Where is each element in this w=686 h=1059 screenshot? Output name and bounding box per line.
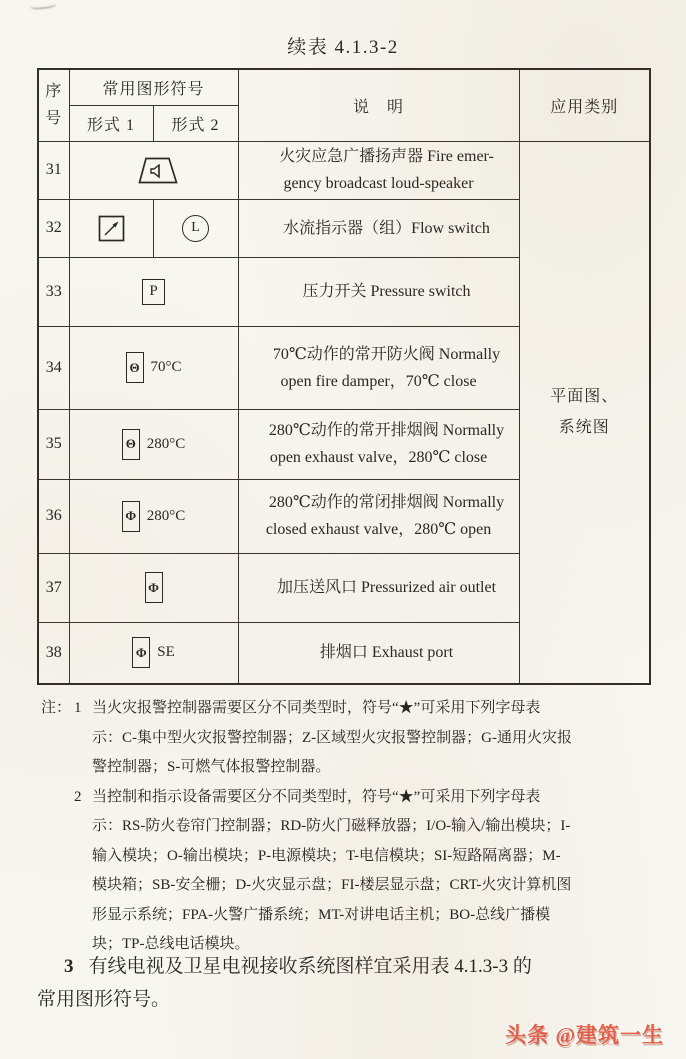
serial-header-cell: 序号: [38, 69, 69, 141]
note-number: 1: [74, 694, 92, 724]
row-number-cell: 33: [38, 257, 69, 326]
description-cell: 280℃动作的常闭排烟阀 Normally closed exhaust val…: [238, 479, 519, 553]
row-number-cell: 38: [38, 622, 69, 684]
document-page: 续表 4.1.3-2 序号 常用图形符号 说 明 应用类别 形式 1 形式 2 …: [0, 0, 686, 1059]
symbol-cell: P: [69, 257, 238, 326]
flow-arrow-square-icon: [70, 215, 153, 242]
symbol-header-cell: 常用图形符号: [69, 69, 238, 105]
symbol-cell: [69, 141, 238, 199]
symbol-cell: Φ 280°C: [69, 479, 238, 553]
symbol-cell: Θ 70°C: [69, 326, 238, 409]
circle-l-icon: L: [182, 215, 209, 242]
symbol-label: 70°C: [151, 359, 182, 376]
note-mark-spacer: [41, 783, 74, 813]
note-number: 2: [74, 783, 92, 813]
description-line: 加压送风口 Pressurized air outlet: [239, 574, 519, 601]
description-cell: 压力开关 Pressure switch: [238, 257, 519, 326]
watermark: 头条 @建筑一生: [505, 1019, 664, 1049]
row-number-cell: 36: [38, 479, 69, 553]
description-cell: 排烟口 Exhaust port: [238, 622, 519, 684]
symbol-cell: Φ: [69, 553, 238, 622]
symbol-label: SE: [157, 644, 175, 661]
note-line: 警控制器；S-可燃气体报警控制器。: [92, 753, 641, 783]
theta-valve-icon: Θ: [126, 352, 144, 383]
paragraph-line: 有线电视及卫星电视接收系统图样宜采用表 4.1.3-3 的: [89, 956, 532, 977]
note-line: 当火灾报警控制器需要区分不同类型时，符号“★”可采用下列字母表: [92, 694, 641, 724]
paragraph-number: 3: [64, 956, 74, 977]
symbol-cell: Φ SE: [69, 622, 238, 684]
phi-valve-icon: Φ: [132, 637, 150, 668]
description-cell: 加压送风口 Pressurized air outlet: [238, 553, 519, 622]
description-cell: 火灾应急广播扬声器 Fire emer- gency broadcast lou…: [238, 141, 519, 199]
description-cell: 70℃动作的常开防火阀 Normally open fire damper，70…: [238, 326, 519, 409]
description-cell: 水流指示器（组）Flow switch: [238, 199, 519, 257]
row-number-cell: 32: [38, 199, 69, 257]
note-line: 当控制和指示设备需要区分不同类型时，符号“★”可采用下列字母表: [92, 783, 641, 813]
paragraph-line: 常用图形符号。: [37, 983, 653, 1016]
description-line: closed exhaust valve，280℃ open: [239, 516, 519, 543]
row-number-cell: 34: [38, 326, 69, 409]
category-cell: 平面图、 系统图: [519, 141, 650, 684]
notes-section: 注： 1 当火灾报警控制器需要区分不同类型时，符号“★”可采用下列字母表 示：C…: [41, 694, 641, 960]
phi-valve-icon: Φ: [122, 501, 140, 532]
description-line: open fire damper，70℃ close: [239, 368, 519, 395]
symbol-form1-cell: [69, 199, 153, 257]
symbol-table: 序号 常用图形符号 说 明 应用类别 形式 1 形式 2 31: [37, 68, 651, 685]
category-line: 系统图: [520, 412, 650, 443]
symbol-label: 280°C: [147, 436, 186, 453]
description-line: 火灾应急广播扬声器 Fire emer-: [239, 143, 519, 170]
note-line: 形显示系统；FPA-火警广播系统；MT-对讲电话主机；BO-总线广播模: [92, 901, 641, 931]
note-line: 示：C-集中型火灾报警控制器；Z-区域型火灾报警控制器；G-通用火灾报: [92, 724, 641, 754]
description-line: 280℃动作的常开排烟阀 Normally: [239, 417, 519, 444]
description-line: 水流指示器（组）Flow switch: [239, 215, 519, 242]
description-line: 280℃动作的常闭排烟阀 Normally: [239, 489, 519, 516]
scan-artifact: [30, 0, 57, 10]
speaker-trapezoid-icon: [70, 156, 238, 185]
note-line: 输入模块；O-输出模块；P-电源模块；T-电信模块；SI-短路隔离器；M-: [92, 842, 641, 872]
form1-header-cell: 形式 1: [69, 105, 153, 141]
note-line: 模块箱；SB-安全栅；D-火灾显示盘；FI-楼层显示盘；CRT-火灾计算机图: [92, 871, 641, 901]
note-mark: 注：: [41, 694, 74, 724]
description-line: gency broadcast loud-speaker: [239, 170, 519, 197]
form2-header-cell: 形式 2: [153, 105, 238, 141]
symbol-cell: Θ 280°C: [69, 409, 238, 479]
row-number-cell: 37: [38, 553, 69, 622]
pressure-switch-icon: P: [142, 279, 165, 305]
description-line: 压力开关 Pressure switch: [239, 278, 519, 305]
table-title: 续表 4.1.3-2: [37, 32, 649, 59]
table-row: 31 火灾应急广播扬声器 Fire emer- gency broadcast …: [38, 141, 650, 199]
description-line: open exhaust valve，280℃ close: [239, 444, 519, 471]
row-number-cell: 35: [38, 409, 69, 479]
description-line: 排烟口 Exhaust port: [239, 639, 519, 666]
phi-valve-icon: Φ: [145, 572, 163, 603]
note-item-2: 2 当控制和指示设备需要区分不同类型时，符号“★”可采用下列字母表 示：RS-防…: [41, 783, 641, 960]
description-header-cell: 说 明: [238, 69, 519, 141]
row-number-cell: 31: [38, 141, 69, 199]
category-line: 平面图、: [520, 381, 650, 412]
category-header-cell: 应用类别: [519, 69, 650, 141]
description-line: 70℃动作的常开防火阀 Normally: [239, 341, 519, 368]
body-paragraph: 3有线电视及卫星电视接收系统图样宜采用表 4.1.3-3 的 常用图形符号。: [37, 950, 653, 1016]
theta-valve-icon: Θ: [122, 429, 140, 460]
note-item-1: 注： 1 当火灾报警控制器需要区分不同类型时，符号“★”可采用下列字母表 示：C…: [41, 694, 641, 783]
symbol-form2-cell: L: [153, 199, 238, 257]
note-line: 示：RS-防火卷帘门控制器；RD-防火门磁释放器；I/O-输入/输出模块；I-: [92, 812, 641, 842]
description-cell: 280℃动作的常开排烟阀 Normally open exhaust valve…: [238, 409, 519, 479]
table-header-row-1: 序号 常用图形符号 说 明 应用类别: [38, 69, 650, 105]
symbol-label: 280°C: [147, 508, 186, 525]
